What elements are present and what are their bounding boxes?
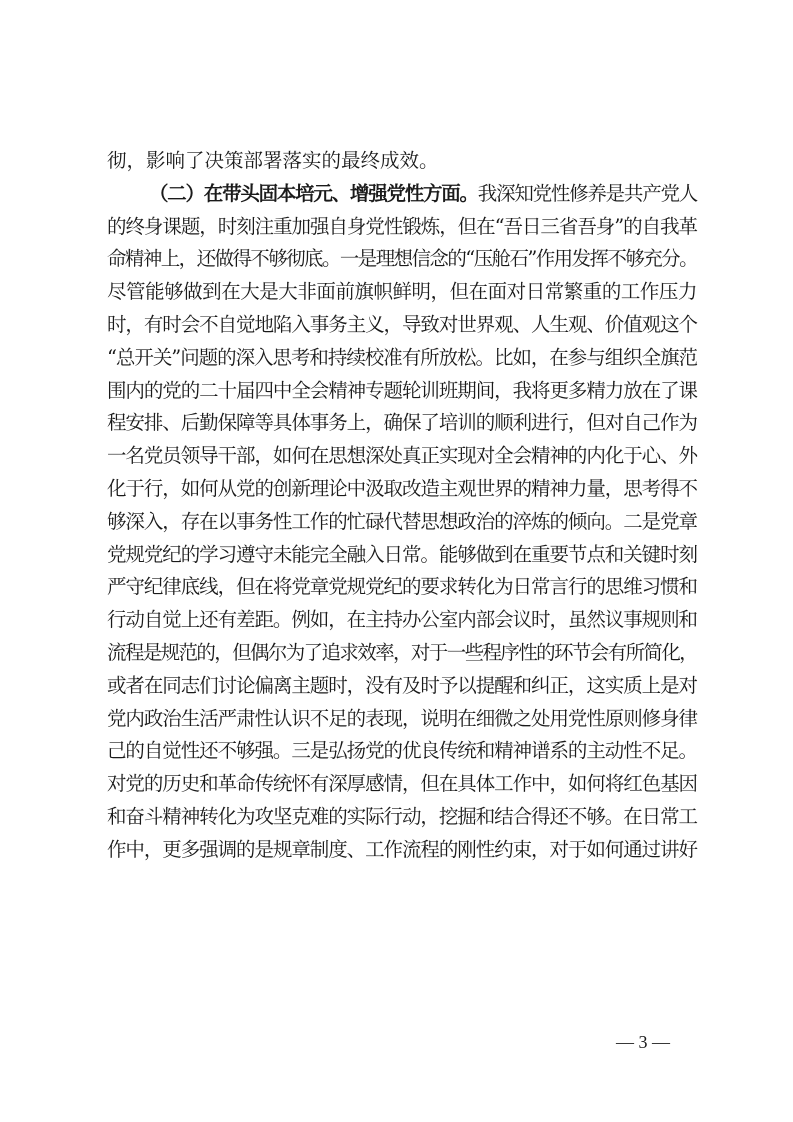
line-text: 程安排、后勤保障等具体事务上，确保了培训的顺利进行，但对自己作为 <box>107 411 697 434</box>
line-text: 够深入，存在以事务性工作的忙碌代替思想政治的淬炼的倾向。二是党章 <box>107 510 697 533</box>
section-heading-line: （二）在带头固本培元、增强党性方面。我深知党性修养是共产党人 <box>107 178 697 211</box>
line-text: 或者在同志们讨论偏离主题时，没有及时予以提醒和纠正，这实质上是对 <box>107 674 697 697</box>
document-body: 彻，影响了决策部署落实的最终成效。 （二）在带头固本培元、增强党性方面。我深知党… <box>107 145 697 867</box>
line-text: “总开关”问题的深入思考和持续校准有所放松。比如，在参与组织全旗范 <box>107 346 697 369</box>
text-line: 够深入，存在以事务性工作的忙碌代替思想政治的淬炼的倾向。二是党章 <box>107 506 697 539</box>
text-line: 作中，更多强调的是规章制度、工作流程的刚性约束，对于如何通过讲好 <box>107 834 697 867</box>
line-text: 彻，影响了决策部署落实的最终成效。 <box>107 149 439 172</box>
line-text: 行动自觉上还有差距。例如，在主持办公室内部会议时，虽然议事规则和 <box>107 608 697 631</box>
text-line: 己的自觉性还不够强。三是弘扬党的优良传统和精神谱系的主动性不足。 <box>107 735 697 768</box>
text-line: 或者在同志们讨论偏离主题时，没有及时予以提醒和纠正，这实质上是对 <box>107 670 697 703</box>
text-line: 尽管能够做到在大是大非面前旗帜鲜明，但在面对日常繁重的工作压力 <box>107 276 697 309</box>
line-text: 和奋斗精神转化为攻坚克难的实际行动，挖掘和结合得还不够。在日常工 <box>107 805 697 828</box>
text-line: 党规党纪的学习遵守未能完全融入日常。能够做到在重要节点和关键时刻 <box>107 539 697 572</box>
text-line: 围内的党的二十届四中全会精神专题轮训班期间，我将更多精力放在了课 <box>107 375 697 408</box>
text-line: 程安排、后勤保障等具体事务上，确保了培训的顺利进行，但对自己作为 <box>107 407 697 440</box>
text-line: 对党的历史和革命传统怀有深厚感情，但在具体工作中，如何将红色基因 <box>107 768 697 801</box>
text-line: 时，有时会不自觉地陷入事务主义，导致对世界观、人生观、价值观这个 <box>107 309 697 342</box>
line-text: 的终身课题，时刻注重加强自身党性锻炼，但在“吾日三省吾身”的自我革 <box>107 215 697 238</box>
line-text: 严守纪律底线，但在将党章党规党纪的要求转化为日常言行的思维习惯和 <box>107 575 697 598</box>
line-text: 党规党纪的学习遵守未能完全融入日常。能够做到在重要节点和关键时刻 <box>107 543 697 566</box>
document-page: 彻，影响了决策部署落实的最终成效。 （二）在带头固本培元、增强党性方面。我深知党… <box>0 0 793 1122</box>
line-text: 命精神上，还做得不够彻底。一是理想信念的“压舱石”作用发挥不够充分。 <box>107 247 697 270</box>
line-text: 我深知党性修养是共产党人 <box>478 182 697 205</box>
text-line: 党内政治生活严肃性认识不足的表现，说明在细微之处用党性原则修身律 <box>107 703 697 736</box>
line-text: 尽管能够做到在大是大非面前旗帜鲜明，但在面对日常繁重的工作压力 <box>107 280 697 303</box>
text-line: 命精神上，还做得不够彻底。一是理想信念的“压舱石”作用发挥不够充分。 <box>107 243 697 276</box>
line-text: 流程是规范的，但偶尔为了追求效率，对于一些程序性的环节会有所简化， <box>107 641 697 664</box>
text-line: 化于行，如何从党的创新理论中汲取改造主观世界的精神力量，思考得不 <box>107 473 697 506</box>
line-text: 己的自觉性还不够强。三是弘扬党的优良传统和精神谱系的主动性不足。 <box>107 739 697 762</box>
line-text: 党内政治生活严肃性认识不足的表现，说明在细微之处用党性原则修身律 <box>107 707 697 730</box>
text-line: 严守纪律底线，但在将党章党规党纪的要求转化为日常言行的思维习惯和 <box>107 571 697 604</box>
line-text: 化于行，如何从党的创新理论中汲取改造主观世界的精神力量，思考得不 <box>107 477 697 500</box>
text-line: 行动自觉上还有差距。例如，在主持办公室内部会议时，虽然议事规则和 <box>107 604 697 637</box>
text-line: “总开关”问题的深入思考和持续校准有所放松。比如，在参与组织全旗范 <box>107 342 697 375</box>
line-text: 对党的历史和革命传统怀有深厚感情，但在具体工作中，如何将红色基因 <box>107 772 697 795</box>
text-line: 流程是规范的，但偶尔为了追求效率，对于一些程序性的环节会有所简化， <box>107 637 697 670</box>
text-line: 的终身课题，时刻注重加强自身党性锻炼，但在“吾日三省吾身”的自我革 <box>107 211 697 244</box>
line-text: 一名党员领导干部，如何在思想深处真正实现对全会精神的内化于心、外 <box>107 444 697 467</box>
section-heading: （二）在带头固本培元、增强党性方面。 <box>149 182 478 205</box>
line-text: 围内的党的二十届四中全会精神专题轮训班期间，我将更多精力放在了课 <box>107 379 697 402</box>
page-number: — 3 — <box>598 1032 688 1053</box>
text-line: 彻，影响了决策部署落实的最终成效。 <box>107 145 697 178</box>
text-line: 一名党员领导干部，如何在思想深处真正实现对全会精神的内化于心、外 <box>107 440 697 473</box>
text-line: 和奋斗精神转化为攻坚克难的实际行动，挖掘和结合得还不够。在日常工 <box>107 801 697 834</box>
line-text: 作中，更多强调的是规章制度、工作流程的刚性约束，对于如何通过讲好 <box>107 838 697 861</box>
line-text: 时，有时会不自觉地陷入事务主义，导致对世界观、人生观、价值观这个 <box>107 313 697 336</box>
